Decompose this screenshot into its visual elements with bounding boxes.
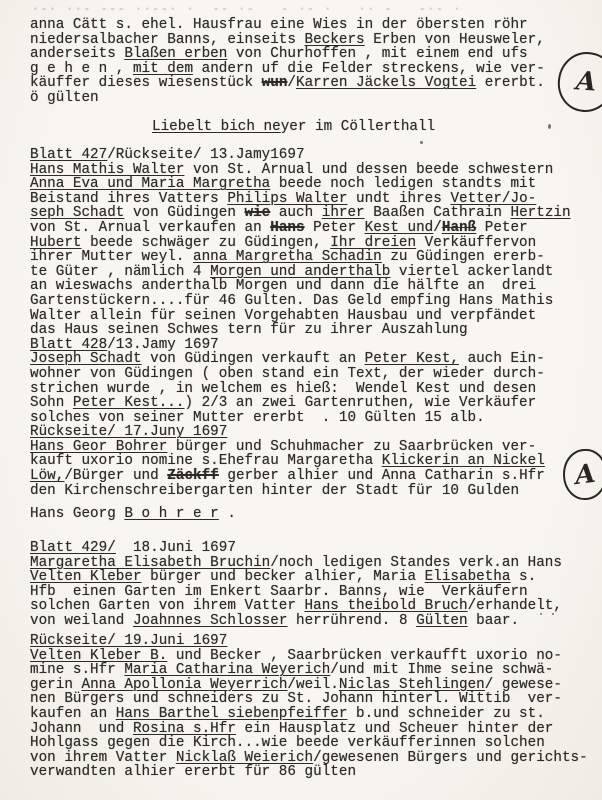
underlined-text: Joahnnes Schlosser bbox=[133, 613, 287, 629]
section-heading: Liebelt bich neyer im Cöllerthall bbox=[152, 120, 435, 135]
underlined-text: Peter Kest... bbox=[73, 395, 185, 411]
bohrer-name-line: Hans Georg B o h r e r . bbox=[30, 507, 236, 522]
text-line: an wieswachs anderthalb Morgen und dann … bbox=[30, 279, 571, 294]
text-segment: anderseits bbox=[30, 46, 124, 62]
text-line: Rückseite/ 19.Juni 1697 bbox=[30, 634, 588, 649]
text-line: Anna Eva und Maria Margretha beede noch … bbox=[30, 177, 571, 192]
struck-out-text: wie bbox=[245, 205, 271, 221]
underlined-text: Anna Eva und Maria Margretha bbox=[30, 176, 270, 192]
text-line: Liebelt bich neyer im Cöllerthall bbox=[152, 120, 435, 135]
entry-blatt-429: Blatt 429/ 18.Juni 1697Margaretha Elisab… bbox=[30, 541, 562, 629]
text-segment: zu Güdingen ererb- bbox=[382, 249, 545, 265]
text-line: von weiland Joahnnes Schlosser herrühren… bbox=[30, 614, 562, 629]
text-segment: / bbox=[287, 75, 296, 91]
text-segment: s. bbox=[510, 569, 536, 585]
text-line: mine s.Hfr Maria Catharina Weyerich/und … bbox=[30, 663, 588, 678]
text-segment: nen Bürgers und schneiders zu St. Johann… bbox=[30, 691, 562, 707]
underlined-text: Velten Kleber bbox=[30, 569, 142, 585]
underlined-text: Löw, bbox=[30, 468, 64, 484]
underlined-text: Elisabetha bbox=[425, 569, 511, 585]
text-segment: baar. bbox=[468, 613, 519, 629]
underlined-text: Peter Kest, bbox=[365, 351, 459, 367]
text-line: wohner von Güdingen ( oben stand ein Tex… bbox=[30, 367, 571, 382]
text-segment: von Güdingen bbox=[124, 205, 244, 221]
underlined-text: Rückseite/ 17.Juny 1697 bbox=[30, 424, 227, 440]
text-segment: herrührend. 8 bbox=[287, 613, 416, 629]
text-line: Rückseite/ 17.Juny 1697 bbox=[30, 425, 571, 440]
text-line: von St. Arnual verkaufen an Hans Peter K… bbox=[30, 221, 571, 236]
text-line: seph Schadt von Güdingen wie auch ihrer … bbox=[30, 206, 571, 221]
text-line: niedersalbacher Banns, einseits Beckers … bbox=[30, 33, 545, 48]
struck-out-text: wun bbox=[262, 75, 288, 91]
underlined-text: Kest und bbox=[365, 220, 434, 236]
text-line: solchen Garten von ihrem Vatter Hans the… bbox=[30, 599, 562, 614]
ink-speck bbox=[548, 124, 551, 129]
text-line: nen Bürgers und schneiders zu St. Johann… bbox=[30, 692, 588, 707]
text-line: Blatt 427/Rückseite/ 13.Jamy1697 bbox=[30, 148, 571, 163]
underlined-text: Hans Barthel siebenpfeiffer bbox=[116, 706, 348, 722]
text-segment: wohner von Güdingen ( oben stand ein Tex… bbox=[30, 366, 545, 382]
text-line: kauft uxorio nomine s.Ehefrau Margaretha… bbox=[30, 454, 571, 469]
handwritten-letter-a: A bbox=[575, 66, 597, 97]
text-segment: von St. Arnual verkaufen an bbox=[30, 220, 270, 236]
circled-a-annotation: A bbox=[554, 48, 602, 115]
intro-paragraph: anna Cätt s. ehel. Hausfrau eine Wies in… bbox=[30, 18, 545, 106]
underlined-text: Hans theibold Bruch bbox=[305, 598, 468, 614]
text-segment: an wieswachs anderthalb Morgen und dann … bbox=[30, 278, 536, 294]
text-segment: Gartenstückern....für 46 Gulten. Das Gel… bbox=[30, 293, 553, 309]
text-line: Löw,/Bürger und Zäckff gerber alhier und… bbox=[30, 469, 571, 484]
text-line: käuffer dieses wiesenstück wun/Karren Jä… bbox=[30, 76, 545, 91]
text-segment: Peter bbox=[305, 220, 365, 236]
text-line: das Haus seinen Schwes tern für zu ihrer… bbox=[30, 323, 571, 338]
text-line: Walter allein für seinen Vorgehabten Hau… bbox=[30, 309, 571, 324]
text-line: Sohn Peter Kest...) 2/3 an zwei Gartenru… bbox=[30, 396, 571, 411]
text-segment: /und mit Ihme seine schwä- bbox=[330, 662, 553, 678]
underlined-text: anna Margretha Schadin bbox=[193, 249, 382, 265]
text-line: Blatt 429/ 18.Juni 1697 bbox=[30, 541, 562, 556]
text-line: Hans Georg B o h r e r . bbox=[30, 507, 236, 522]
text-line: Gartenstückern....für 46 Gulten. Das Gel… bbox=[30, 294, 571, 309]
text-segment: Hohlgass gegen die Kirch...wie beede ver… bbox=[30, 735, 545, 751]
struck-out-text: Zäckff bbox=[167, 468, 218, 484]
text-line: Margaretha Elisabeth Bruchin/noch ledige… bbox=[30, 556, 562, 571]
text-segment: ) 2/3 an zwei Gartenruthen, wie Verkäufe… bbox=[184, 395, 536, 411]
text-segment: ererbt. bbox=[476, 75, 545, 91]
text-line: Hubert beede schwäger zu Güdingen, Ihr d… bbox=[30, 236, 571, 251]
underlined-text: ihrer bbox=[322, 205, 365, 221]
underlined-text: seph Schadt bbox=[30, 205, 124, 221]
text-line: Hans Mathis Walter von St. Arnual und de… bbox=[30, 163, 571, 178]
text-line: anna Cätt s. ehel. Hausfrau eine Wies in… bbox=[30, 18, 545, 33]
text-segment: Sohn bbox=[30, 395, 73, 411]
text-line: Velten Kleber bürger und becker alhier, … bbox=[30, 570, 562, 585]
text-segment: /Rückseite/ 13.Jamy1697 bbox=[107, 147, 304, 163]
text-segment: . bbox=[219, 506, 236, 522]
text-line: Velten Kleber B. und Becker , Saarbrücke… bbox=[30, 649, 588, 664]
underlined-text: Blatt 429/ bbox=[30, 540, 116, 556]
text-segment: Hans Georg bbox=[30, 506, 124, 522]
text-segment: ihrer Mutter weyl. bbox=[30, 249, 193, 265]
underlined-text: Karren Jäckels Vogtei bbox=[296, 75, 476, 91]
text-segment: / bbox=[433, 220, 442, 236]
text-line: ö gülten bbox=[30, 91, 545, 106]
underlined-text: B o h r e r bbox=[124, 506, 218, 522]
text-segment: Baaßen Cathrain bbox=[365, 205, 511, 221]
text-segment: auch Ein- bbox=[459, 351, 545, 367]
text-segment: /Bürger und bbox=[64, 468, 167, 484]
struck-out-text: Hans bbox=[270, 220, 304, 236]
text-segment: mine s.Hfr bbox=[30, 662, 124, 678]
text-line: strichen wurde , in welchem es hieß: Wen… bbox=[30, 382, 571, 397]
text-line: Johann und Rosina s.Hfr ein Hausplatz un… bbox=[30, 722, 588, 737]
text-segment: käuffer dieses wiesenstück bbox=[30, 75, 262, 91]
text-segment: 18.Juni 1697 bbox=[116, 540, 236, 556]
text-segment: /erhandelt, bbox=[468, 598, 562, 614]
cut-off-text-fragment: ·-· ··- --- ··--· · -- ·- - ·- · ·· - -·… bbox=[32, 4, 472, 16]
text-segment: ö gülten bbox=[30, 90, 99, 106]
text-segment: das Haus seinen Schwes tern für zu ihrer… bbox=[30, 322, 468, 338]
struck-underlined-text: Hanß bbox=[442, 220, 476, 236]
text-segment: von weiland bbox=[30, 613, 133, 629]
underlined-text: Hertzin bbox=[511, 205, 571, 221]
text-segment: verwandten alhier ererbt für 86 gülten bbox=[30, 764, 356, 780]
underlined-text: Blatt 427 bbox=[30, 147, 107, 163]
text-segment: von Güdingen verkauft an bbox=[142, 351, 365, 367]
text-segment: auch bbox=[270, 205, 321, 221]
text-segment: yer im Cöllerthall bbox=[281, 119, 435, 135]
handwritten-letter-a: A bbox=[573, 458, 597, 490]
text-line: den Kirchenschreibergarten hinter der St… bbox=[30, 484, 571, 499]
text-line: kaufen an Hans Barthel siebenpfeiffer b.… bbox=[30, 707, 588, 722]
text-segment: den Kirchenschreibergarten hinter der St… bbox=[30, 483, 519, 499]
text-segment: bürger und becker alhier, Maria bbox=[142, 569, 425, 585]
underlined-text: Maria Catharina Weyerich bbox=[124, 662, 330, 678]
text-segment: b.und schneider zu st. bbox=[347, 706, 544, 722]
text-segment: anna Cätt s. ehel. Hausfrau eine Wies in… bbox=[30, 17, 528, 33]
entry-rueckseite-19-juni: Rückseite/ 19.Juni 1697Velten Kleber B. … bbox=[30, 634, 588, 780]
underlined-text: Blaßen erben bbox=[124, 46, 227, 62]
text-segment: kaufen an bbox=[30, 706, 116, 722]
scanned-document-page: ·-· ··- --- ··--· · -- ·- - ·- · ·· - -·… bbox=[0, 0, 602, 800]
text-segment: solchen Garten von ihrem Vatter bbox=[30, 598, 305, 614]
text-segment: von Churhoffen , mit einem end ufs bbox=[227, 46, 527, 62]
underlined-text: Liebelt bich ne bbox=[152, 119, 281, 135]
underlined-text: Joseph Schadt bbox=[30, 351, 142, 367]
text-line: anderseits Blaßen erben von Churhoffen ,… bbox=[30, 47, 545, 62]
ink-speck bbox=[420, 141, 423, 144]
text-line: Joseph Schadt von Güdingen verkauft an P… bbox=[30, 352, 571, 367]
text-line: ihrer Mutter weyl. anna Margretha Schadi… bbox=[30, 250, 571, 265]
entry-blatt-427: Blatt 427/Rückseite/ 13.Jamy1697Hans Mat… bbox=[30, 148, 571, 498]
ink-speck bbox=[540, 613, 542, 615]
underlined-text: Rückseite/ 19.Juni 1697 bbox=[30, 633, 227, 649]
ink-speck bbox=[552, 613, 554, 615]
text-segment: Peter bbox=[476, 220, 527, 236]
text-line: Hohlgass gegen die Kirch...wie beede ver… bbox=[30, 736, 588, 751]
text-segment: gerber alhier und Anna Catharin s.Hfr bbox=[219, 468, 545, 484]
underlined-text: Gülten bbox=[416, 613, 467, 629]
text-segment: beede noch ledigen standts mit bbox=[270, 176, 536, 192]
text-line: verwandten alhier ererbt für 86 gülten bbox=[30, 765, 588, 780]
